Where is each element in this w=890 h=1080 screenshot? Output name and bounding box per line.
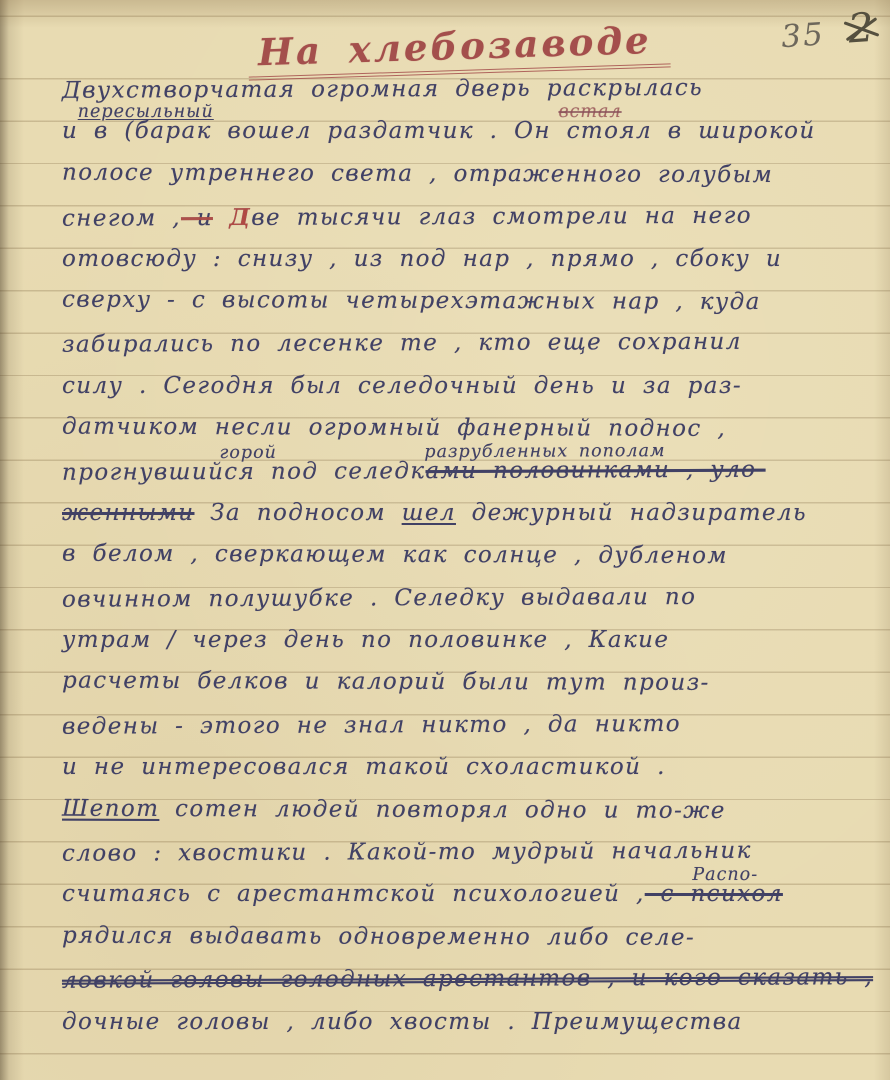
manuscript-line: Шепот сотен людей повторял одно и то-же xyxy=(62,795,850,840)
text-segment: утрам / через день по половинке , Какие xyxy=(62,627,669,653)
text-segment: и в (барак вошел раздатчик . Он стоял в … xyxy=(62,118,816,144)
manuscript-line: женными За подносом шел дежурный надзира… xyxy=(62,500,850,542)
manuscript-line: дочные головы , либо хвосты . Преимущест… xyxy=(62,1009,850,1051)
manuscript-page: На хлебозаводе 35 2 Двухстворчатая огром… xyxy=(0,0,890,1080)
text-segment: полосе утреннего света , отраженного гол… xyxy=(62,159,773,187)
inserted-word: встал xyxy=(558,104,621,122)
text-segment: расчеты белков и калорий были тут произ- xyxy=(62,668,710,696)
inserted-word: Распо- xyxy=(692,867,758,885)
manuscript-line: полосе утреннего света , отраженного гол… xyxy=(62,159,850,204)
text-segment: овчинном полушубке . Селедку выдавали по xyxy=(62,584,696,613)
manuscript-line: ловкой головы голодных арестантов , и ко… xyxy=(62,964,850,1010)
inserted-word: разрубленных пополам xyxy=(424,443,665,462)
text-segment: датчиком несли огромный фанерный поднос … xyxy=(62,414,726,442)
manuscript-line: рядился выдавать одновременно либо селе- xyxy=(62,922,850,967)
text-segment: Шепот xyxy=(62,795,159,821)
text-segment: в белом , сверкающем как солнце , дублен… xyxy=(62,541,728,569)
manuscript-line: отовсюду : снизу , из под нар , прямо , … xyxy=(62,246,850,288)
manuscript-line: забирались по лесенке те , кто еще сохра… xyxy=(62,329,850,375)
text-segment: слово : хвостики . Какой-то мудрый начал… xyxy=(62,838,752,867)
text-segment: рядился выдавать одновременно либо селе- xyxy=(62,922,695,950)
struck-text-segment: женными xyxy=(62,500,194,526)
struck-text-segment: ловкой головы голодных арестантов , и ко… xyxy=(62,964,873,994)
manuscript-line: и не интересовался такой схоластикой . xyxy=(62,754,850,796)
text-segment: и xyxy=(181,205,213,231)
text-segment: Д xyxy=(213,204,251,231)
manuscript-line: в белом , сверкающем как солнце , дублен… xyxy=(62,541,850,586)
manuscript-body: Двухстворчатая огромная дверь раскрылась… xyxy=(62,76,850,1051)
text-segment: снегом , xyxy=(62,205,181,232)
manuscript-line: снегом , и Две тысячи глаз смотрели на н… xyxy=(62,201,850,247)
text-segment: отовсюду : снизу , из под нар , прямо , … xyxy=(62,246,782,272)
inserted-word: горой xyxy=(219,444,276,462)
manuscript-line: овчинном полушубке . Селедку выдавали по xyxy=(62,583,850,629)
text-segment: ведены - этого не знал никто , да никто xyxy=(62,711,681,740)
text-segment: шел xyxy=(402,500,456,526)
page-title: На хлебозаводе xyxy=(247,17,670,80)
manuscript-line: ведены - этого не знал никто , да никто xyxy=(62,710,850,756)
text-segment: забирались по лесенке те , кто еще сохра… xyxy=(62,329,742,358)
text-segment: силу . Сегодня был селедочный день и за … xyxy=(62,373,742,399)
text-segment: считаясь с арестантской психологией , xyxy=(62,881,645,907)
manuscript-line: Распо-считаясь с арестантской психологие… xyxy=(62,881,850,923)
manuscript-line: утрам / через день по половинке , Какие xyxy=(62,627,850,669)
text-segment: За подносом xyxy=(194,500,401,526)
crossed-out-number: 2 xyxy=(847,5,876,53)
page-number: 35 xyxy=(780,16,826,55)
page-number-block: 35 2 xyxy=(780,5,876,57)
struck-text-segment: с психол xyxy=(645,881,783,907)
manuscript-line: расчеты белков и калорий были тут произ- xyxy=(62,668,850,713)
manuscript-line: горойразрубленных пополампрогнувшийся по… xyxy=(62,456,850,502)
text-segment: сверху - с высоты четырехэтажных нар , к… xyxy=(62,287,761,315)
text-segment: дочные головы , либо хвосты . Преимущест… xyxy=(62,1009,743,1035)
manuscript-line: сверху - с высоты четырехэтажных нар , к… xyxy=(62,287,850,332)
manuscript-line: силу . Сегодня был селедочный день и за … xyxy=(62,373,850,415)
text-segment: дежурный надзиратель xyxy=(456,500,807,526)
text-segment: и не интересовался такой схоластикой . xyxy=(62,754,666,780)
text-segment: сотен людей повторял одно и то-же xyxy=(159,796,725,824)
text-segment: ве тысячи глаз смотрели на него xyxy=(251,203,752,231)
inserted-word: пересыльный xyxy=(78,104,214,122)
manuscript-line: пересыльныйвстали в (барак вошел раздатч… xyxy=(62,118,850,160)
text-segment: Двухстворчатая огромная дверь раскрылась xyxy=(62,75,703,104)
